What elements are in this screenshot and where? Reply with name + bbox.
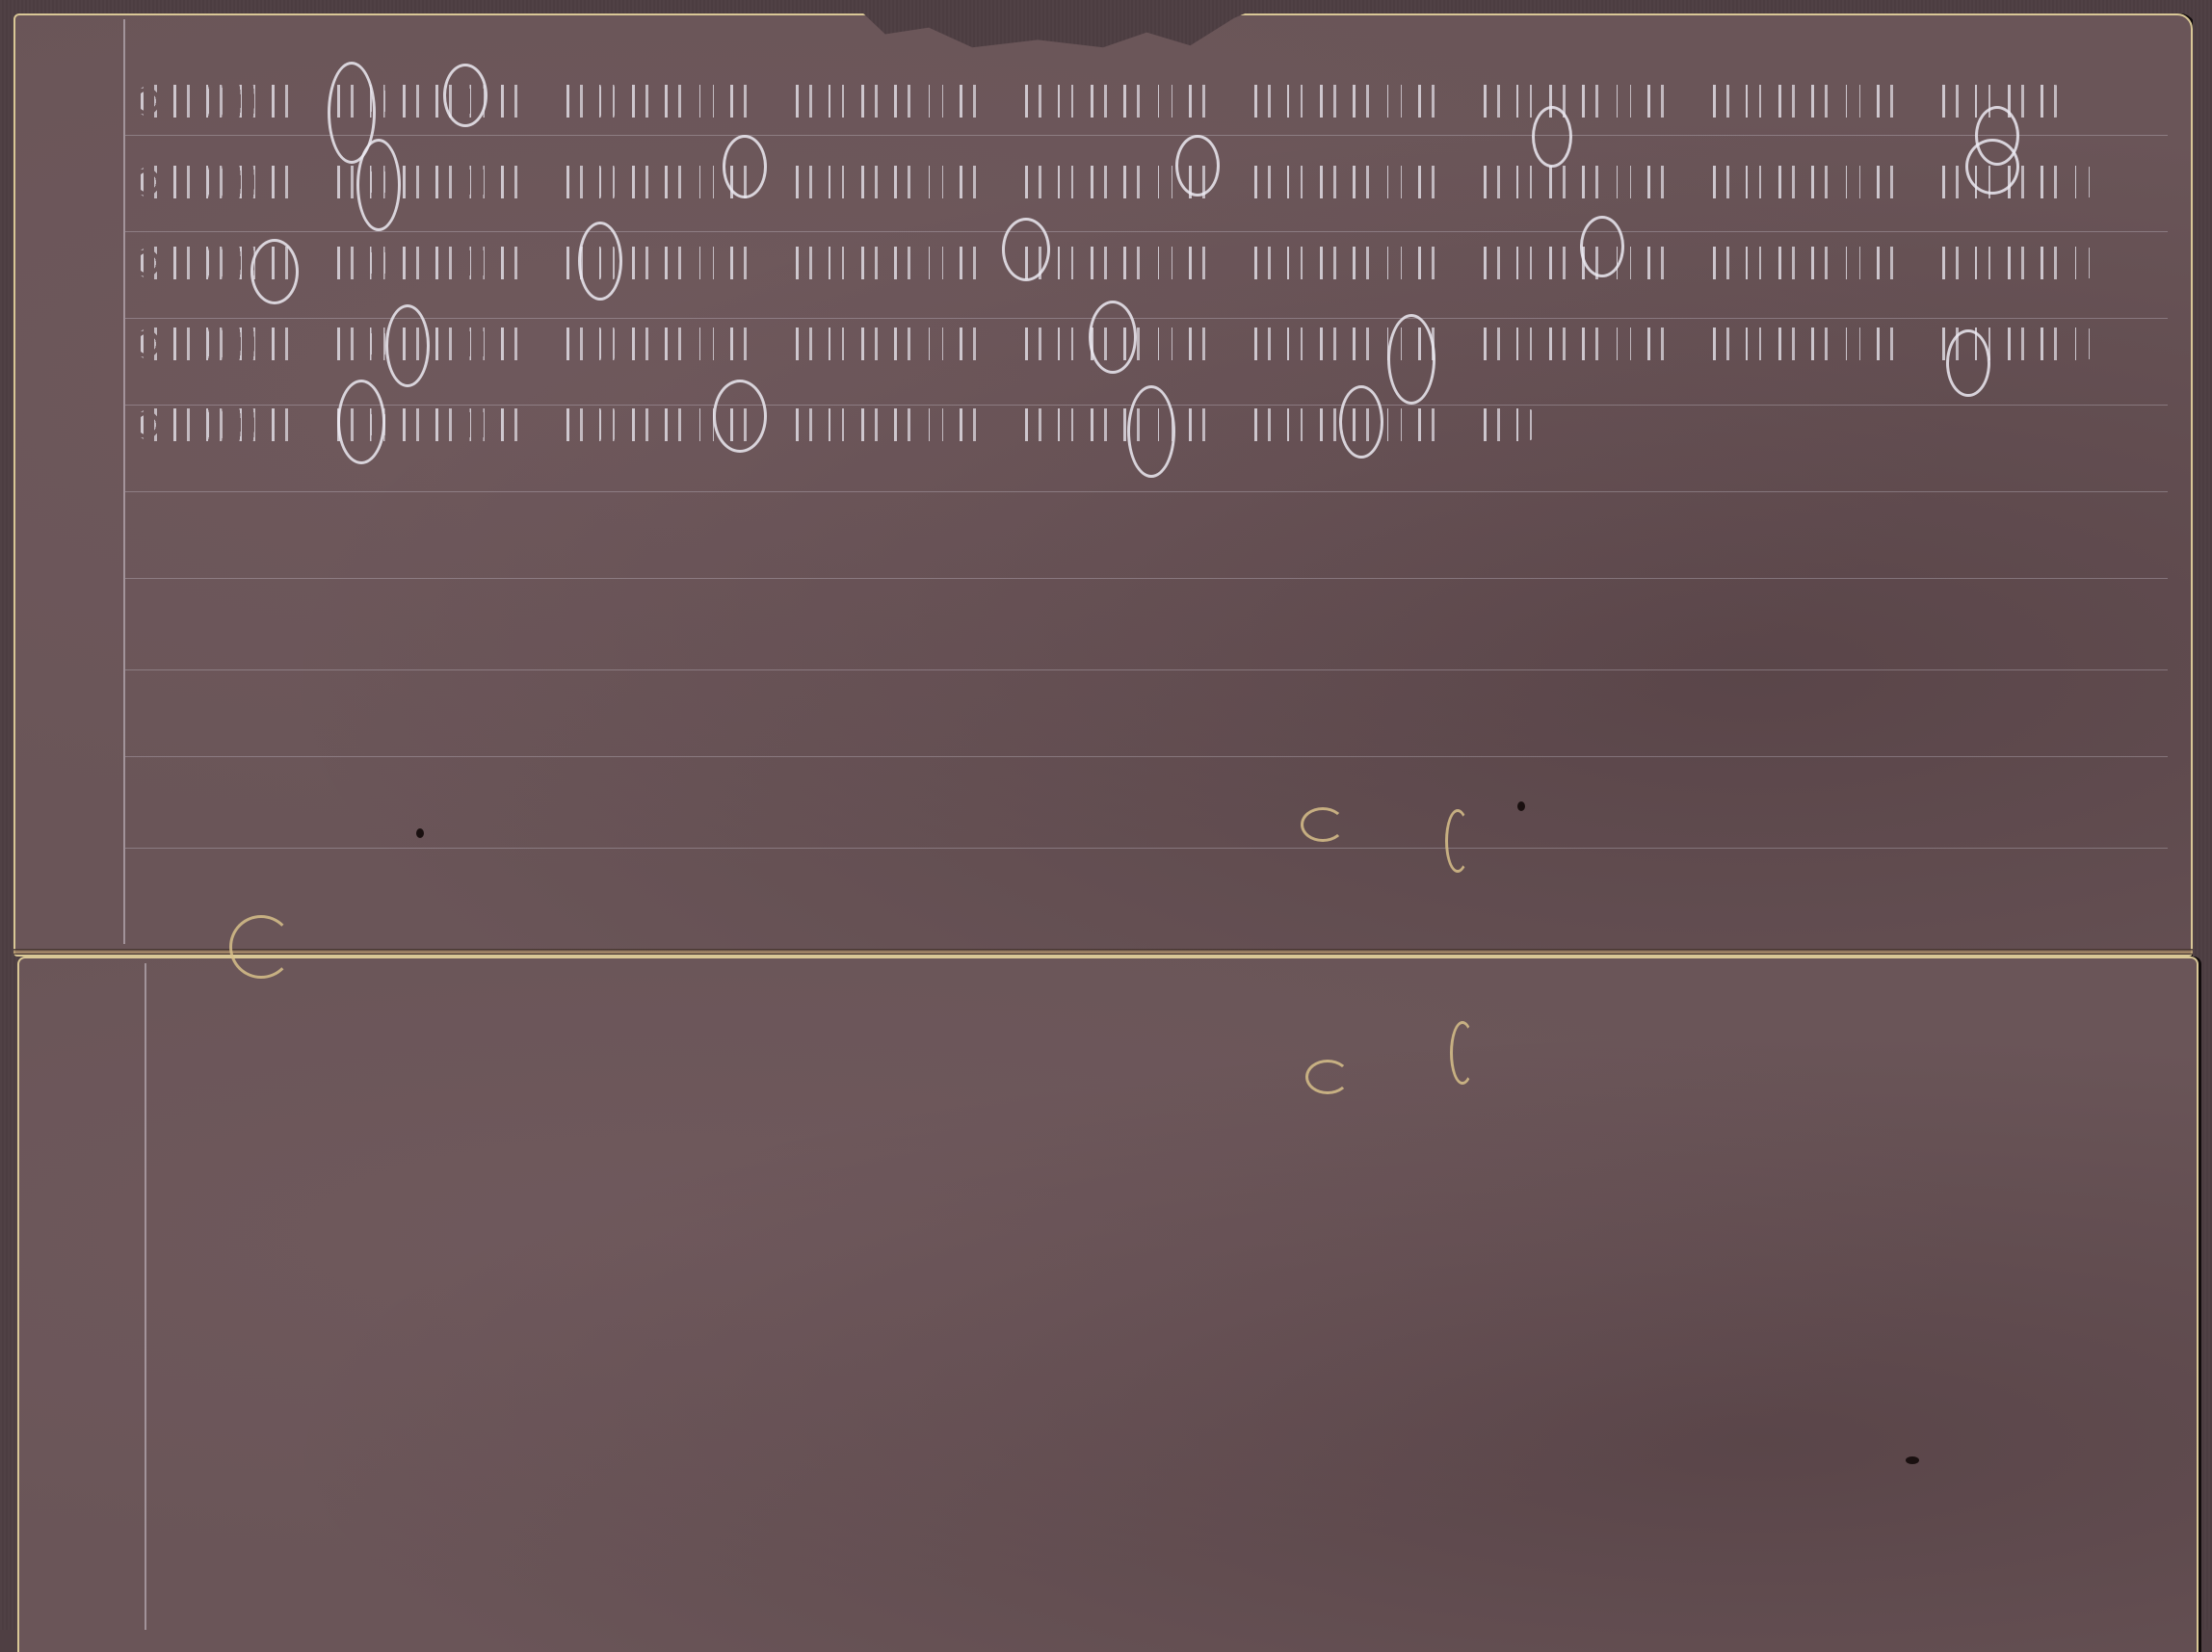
guide-line — [125, 578, 2168, 579]
script-line-4: [Burmese script line 4] — [135, 310, 2110, 370]
ascender-loops — [135, 67, 2110, 127]
ink-speck — [1517, 801, 1525, 811]
script-line-1: [Burmese script line 1 — ends with ။] — [135, 67, 2110, 127]
guide-line — [125, 491, 2168, 492]
guide-line — [125, 756, 2168, 757]
script-block: [Burmese script line 1 — ends with ။] [B… — [135, 67, 2110, 472]
guide-line — [125, 848, 2168, 849]
ink-speck — [416, 828, 424, 838]
script-line-3: [Burmese script line 3] — [135, 229, 2110, 289]
ascender-loops — [135, 310, 2110, 370]
guide-line — [125, 669, 2168, 670]
wear-mark — [1301, 807, 1345, 842]
ascender-loops — [135, 229, 2110, 289]
wear-mark — [229, 915, 293, 979]
wear-mark — [1450, 1021, 1475, 1085]
wear-mark — [1305, 1060, 1350, 1094]
script-line-2: [Burmese script line 2] — [135, 148, 2110, 208]
ink-speck — [1906, 1456, 1919, 1464]
ascender-loops — [135, 148, 2110, 208]
manuscript-lower-panel — [17, 957, 2199, 1630]
margin-rule-lower — [145, 963, 146, 1630]
fold-crease — [13, 949, 2193, 955]
wear-mark — [1445, 809, 1470, 873]
margin-rule-upper — [123, 19, 125, 944]
ascender-loops — [135, 391, 2110, 451]
script-line-5: [Burmese script line 5 — ends with ။] — [135, 391, 2110, 451]
